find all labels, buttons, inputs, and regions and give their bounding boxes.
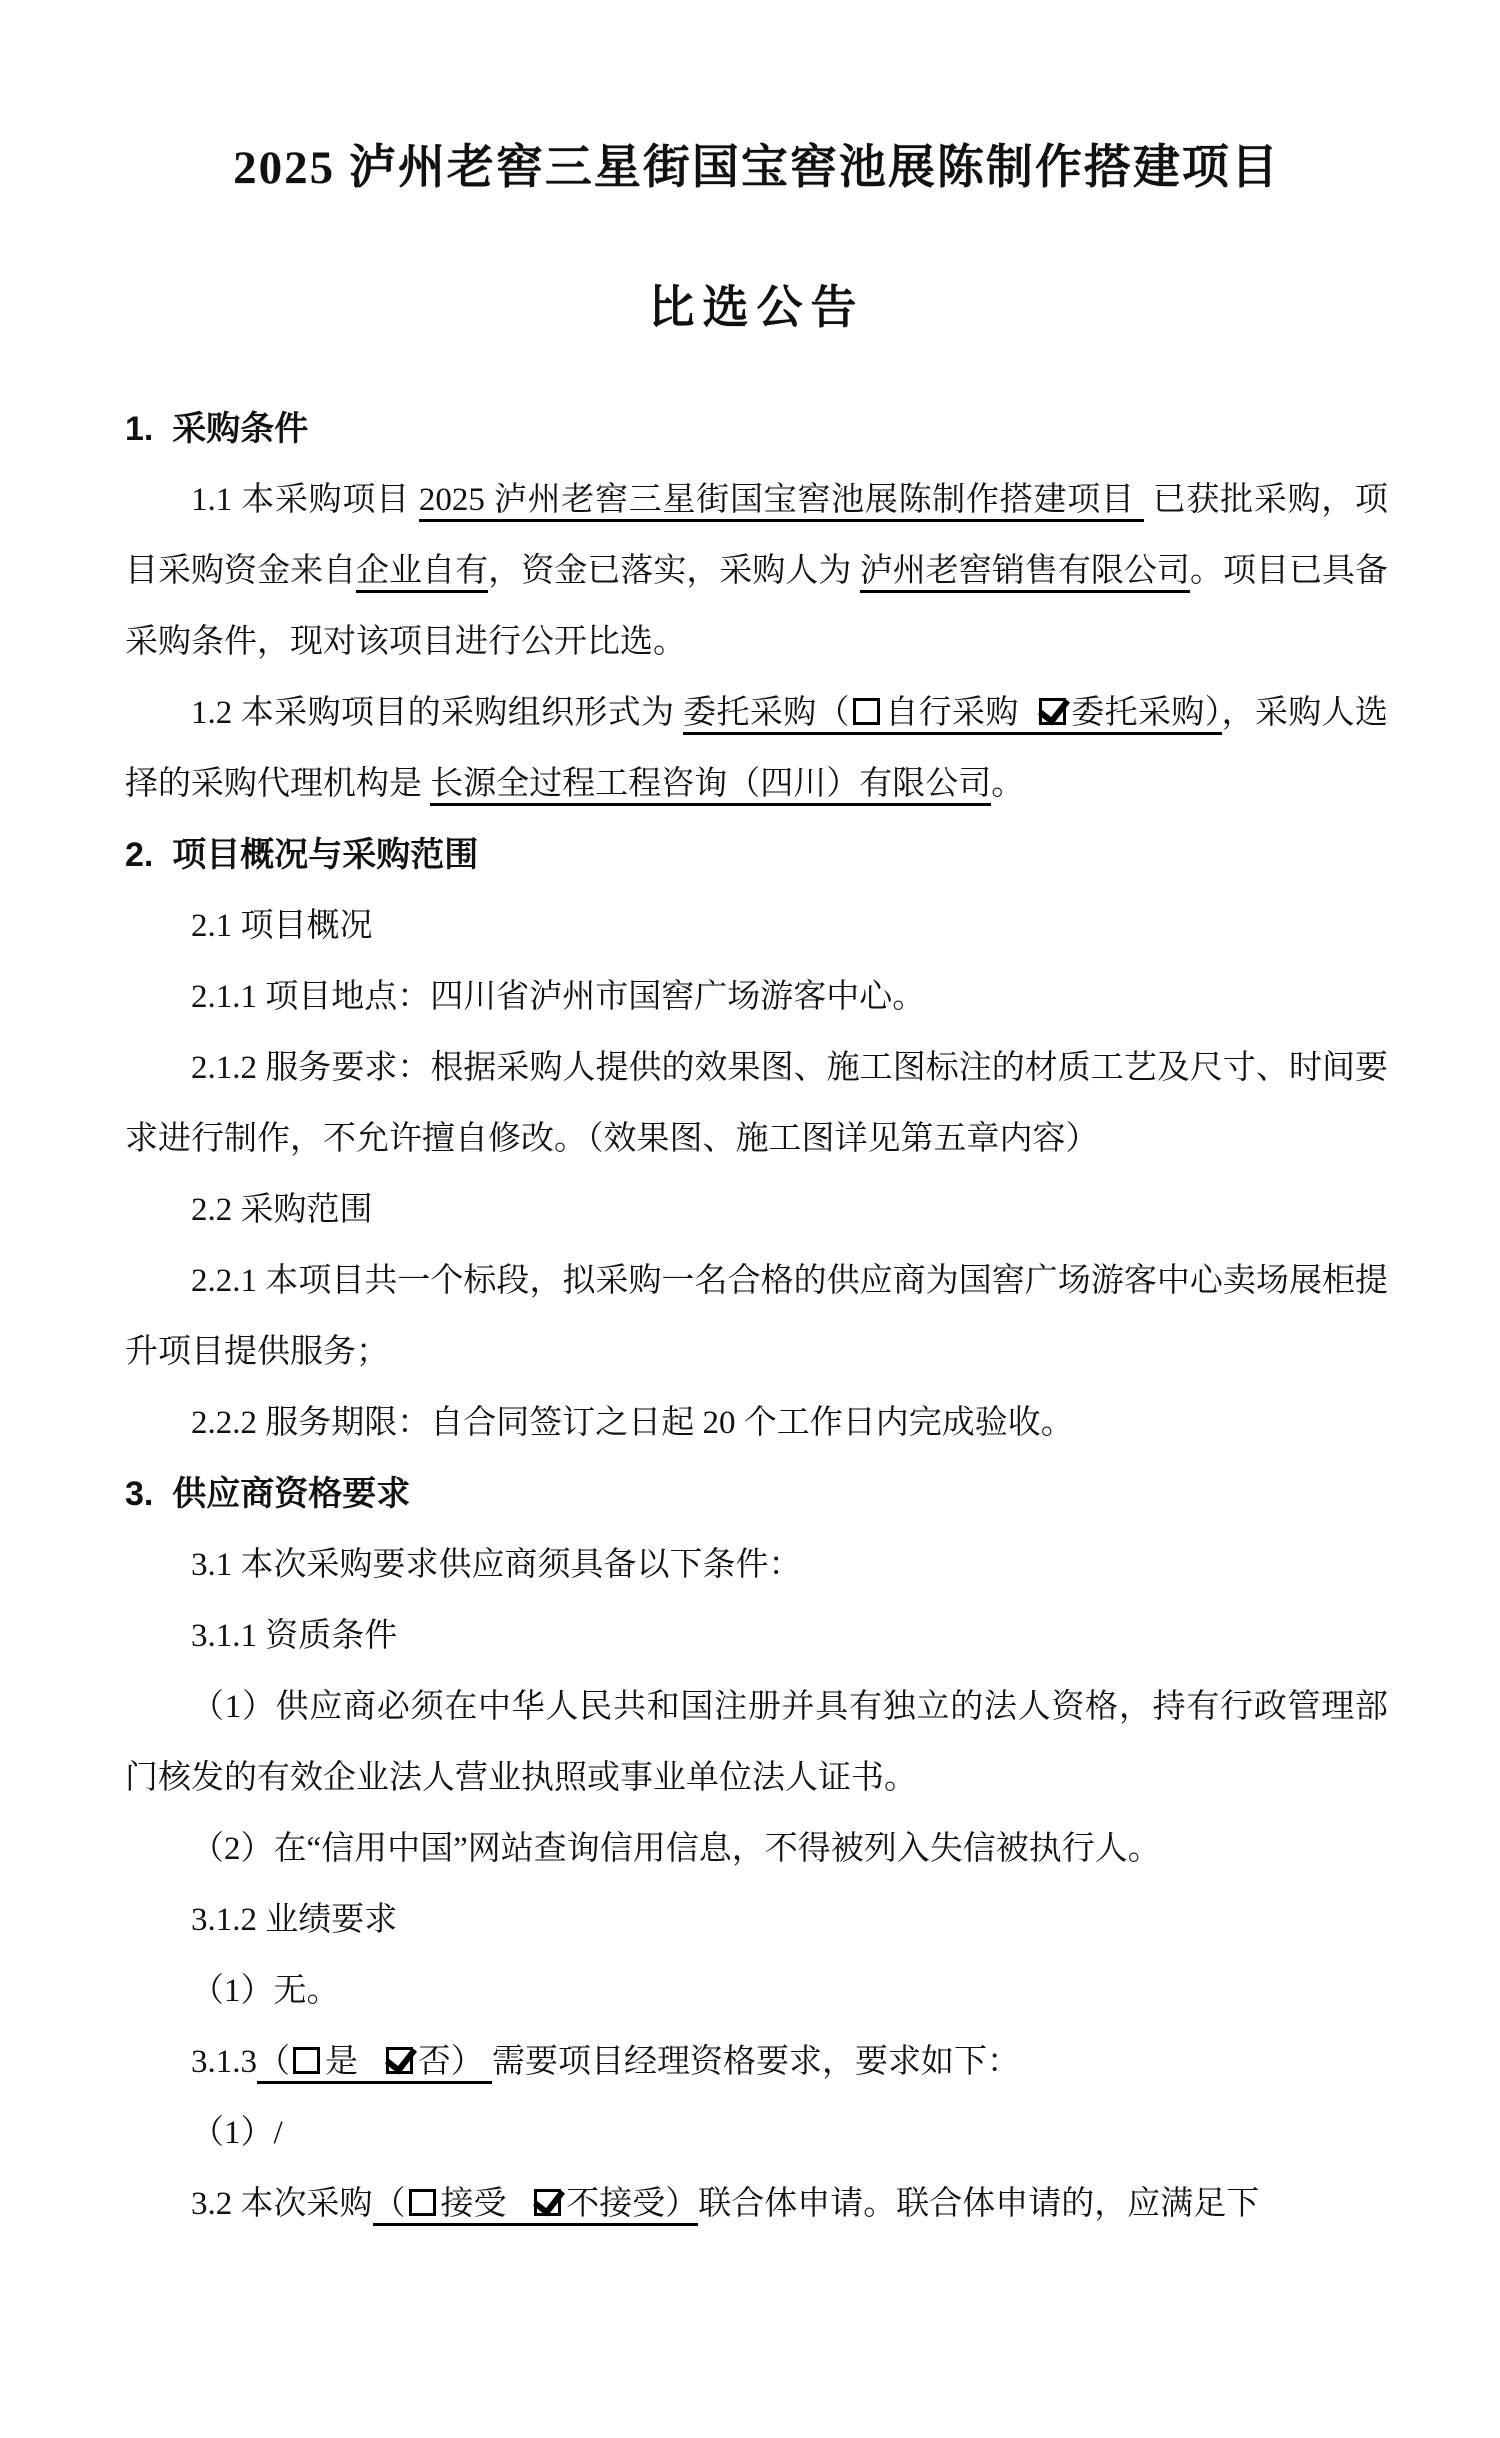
paragraph: （1）/ — [125, 2098, 1388, 2169]
paragraph: 2.2 采购范围 — [125, 1175, 1388, 1246]
text-run: 是 — [325, 2044, 383, 2084]
paragraph: 2.1 项目概况 — [125, 891, 1388, 962]
paragraph: 3.1.2 业绩要求 — [125, 1885, 1388, 1956]
text-run: 自行采购 — [885, 695, 1036, 735]
text-run: 3.2 本次采购 — [191, 2186, 373, 2222]
text-run: 2.2.1 本项目共一个标段，拟采购一名合格的供应商为国窖广场游客中心卖场展柜提… — [125, 1263, 1388, 1370]
paragraph: 2.1.1 项目地点：四川省泸州市国窖广场游客中心。 — [125, 962, 1388, 1033]
section-heading: 2. 项目概况与采购范围 — [125, 820, 1388, 891]
checkbox-checked-icon — [531, 2186, 566, 2226]
empty-box-glyph — [853, 698, 880, 725]
paragraph: 1.2 本采购项目的采购组织形式为 委托采购（自行采购 委托采购），采购人选择的… — [125, 678, 1388, 820]
text-run: （2）在“信用中国”网站查询信用信息，不得被列入失信被执行人。 — [191, 1831, 1161, 1867]
text-run: 否） — [418, 2044, 492, 2084]
text-run: 1.2 本采购项目的采购组织形式为 — [191, 695, 683, 731]
text-run: （1）/ — [191, 2115, 283, 2151]
text-run: （ — [373, 2186, 406, 2226]
paragraph: 3.2 本次采购（接受 不接受）联合体申请。联合体申请的，应满足下 — [125, 2169, 1388, 2240]
section-heading: 1. 采购条件 — [125, 394, 1388, 465]
text-run: （ — [257, 2044, 290, 2084]
text-run: 不接受） — [566, 2186, 698, 2226]
checkbox-checked-icon — [1036, 695, 1071, 735]
text-run: 2.2.2 服务期限：自合同签订之日起 20 个工作日内完成验收。 — [191, 1405, 1074, 1441]
document-page: 2025 泸州老窖三星街国宝窖池展陈制作搭建项目 比选公告 1. 采购条件1.1… — [0, 0, 1500, 2438]
section-heading: 3. 供应商资格要求 — [125, 1459, 1388, 1530]
text-run: 2.2 采购范围 — [191, 1192, 373, 1228]
text-run: 2.1.1 项目地点：四川省泸州市国窖广场游客中心。 — [191, 979, 925, 1015]
text-run: （1）供应商必须在中华人民共和国注册并具有独立的法人资格，持有行政管理部门核发的… — [125, 1689, 1388, 1796]
checkmark-glyph — [534, 2189, 561, 2216]
checkbox-unchecked-icon — [290, 2044, 325, 2084]
text-run: 2. 项目概况与采购范围 — [125, 836, 478, 874]
paragraph: 3.1 本次采购要求供应商须具备以下条件： — [125, 1530, 1388, 1601]
checkmark-glyph — [1039, 698, 1066, 725]
text-run: 3.1.2 业绩要求 — [191, 1902, 397, 1938]
paragraph: 1.1 本采购项目 2025 泸州老窖三星街国宝窖池展陈制作搭建项目 已获批采购… — [125, 465, 1388, 678]
checkbox-unchecked-icon — [406, 2186, 441, 2226]
checkmark-glyph — [386, 2047, 413, 2074]
checkbox-checked-icon — [383, 2044, 418, 2084]
text-run: 联合体申请。联合体申请的，应满足下 — [698, 2186, 1259, 2222]
text-run: 2025 泸州老窖三星街国宝窖池展陈制作搭建项目 — [419, 482, 1144, 522]
text-run: ，资金已落实，采购人为 — [488, 553, 860, 589]
text-run: 接受 — [441, 2186, 532, 2226]
checkbox-unchecked-icon — [850, 695, 885, 735]
text-run: 1. 采购条件 — [125, 410, 308, 448]
paragraph: 2.2.1 本项目共一个标段，拟采购一名合格的供应商为国窖广场游客中心卖场展柜提… — [125, 1246, 1388, 1388]
document-body: 1. 采购条件1.1 本采购项目 2025 泸州老窖三星街国宝窖池展陈制作搭建项… — [125, 394, 1388, 2240]
text-run: 委托采购（ — [683, 695, 850, 735]
paragraph: 2.2.2 服务期限：自合同签订之日起 20 个工作日内完成验收。 — [125, 1388, 1388, 1459]
text-run: 。 — [991, 766, 1024, 802]
text-run: 2.1 项目概况 — [191, 908, 373, 944]
text-run: 3. 供应商资格要求 — [125, 1475, 410, 1513]
document-title: 2025 泸州老窖三星街国宝窖池展陈制作搭建项目 — [125, 140, 1388, 196]
text-run: 需要项目经理资格要求，要求如下： — [492, 2044, 1020, 2080]
text-run: 3.1.1 资质条件 — [191, 1618, 397, 1654]
text-run: 委托采购） — [1071, 695, 1222, 735]
paragraph: （1）无。 — [125, 1956, 1388, 2027]
text-run: 3.1 本次采购要求供应商须具备以下条件： — [191, 1547, 802, 1583]
paragraph: （2）在“信用中国”网站查询信用信息，不得被列入失信被执行人。 — [125, 1814, 1388, 1885]
text-run: 3.1.3 — [191, 2044, 257, 2080]
text-run: 2.1.2 服务要求：根据采购人提供的效果图、施工图标注的材质工艺及尺寸、时间要… — [125, 1050, 1388, 1157]
empty-box-glyph — [409, 2189, 436, 2216]
document-subtitle: 比选公告 — [125, 280, 1388, 336]
text-run: 长源全过程工程咨询（四川）有限公司 — [430, 766, 991, 806]
paragraph: （1）供应商必须在中华人民共和国注册并具有独立的法人资格，持有行政管理部门核发的… — [125, 1672, 1388, 1814]
paragraph: 3.1.3（是 否） 需要项目经理资格要求，要求如下： — [125, 2027, 1388, 2098]
paragraph: 2.1.2 服务要求：根据采购人提供的效果图、施工图标注的材质工艺及尺寸、时间要… — [125, 1033, 1388, 1175]
text-run: 泸州老窖销售有限公司 — [860, 553, 1190, 593]
text-run: （1）无。 — [191, 1973, 340, 2009]
empty-box-glyph — [293, 2047, 320, 2074]
paragraph: 3.1.1 资质条件 — [125, 1601, 1388, 1672]
text-run: 企业自有 — [356, 553, 488, 593]
text-run: 1.1 本采购项目 — [191, 482, 419, 518]
